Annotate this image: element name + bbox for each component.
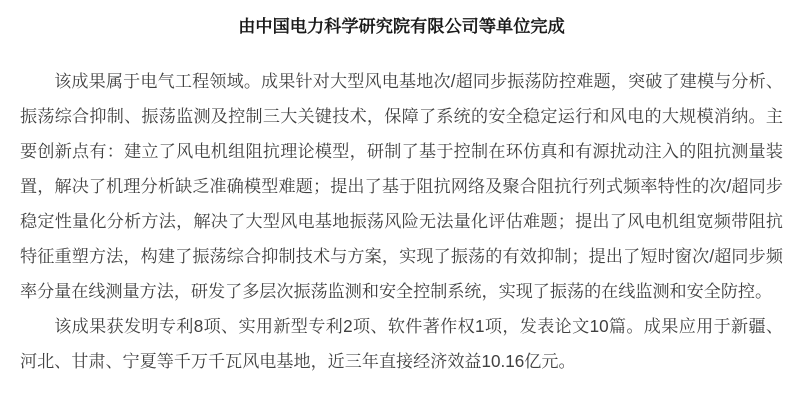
document-title: 由中国电力科学研究院有限公司等单位完成 [20,13,783,39]
text-line: 振荡综合抑制、振荡监测及控制三大关键技术，保障了系统的安全稳定运行和风电的大规模… [20,99,783,134]
text-line: 要创新点有：建立了风电机组阻抗理论模型，研制了基于控制在环仿真和有源扰动注入的阻… [20,134,783,169]
text-line: 特征重塑方法，构建了振荡综合抑制技术与方案，实现了振荡的有效抑制；提出了短时窗次… [20,239,783,274]
text-line: 该成果属于电气工程领域。成果针对大型风电基地次/超同步振荡防控难题，突破了建模与… [20,64,783,99]
text-line: 率分量在线测量方法，研发了多层次振荡监测和安全控制系统，实现了振荡的在线监测和安… [20,274,783,309]
text-line: 河北、甘肃、宁夏等千万千瓦风电基地，近三年直接经济效益10.16亿元。 [20,344,783,379]
text-line: 置，解决了机理分析缺乏准确模型难题；提出了基于阻抗网络及聚合阻抗行列式频率特性的… [20,169,783,204]
text-line: 该成果获发明专利8项、实用新型专利2项、软件著作权1项，发表论文10篇。成果应用… [20,309,783,344]
document-body: 该成果属于电气工程领域。成果针对大型风电基地次/超同步振荡防控难题，突破了建模与… [20,64,783,379]
paragraph-patents-and-application: 该成果获发明专利8项、实用新型专利2项、软件著作权1项，发表论文10篇。成果应用… [20,309,783,379]
text-line: 稳定性量化分析方法，解决了大型风电基地振荡风险无法量化评估难题；提出了风电机组宽… [20,204,783,239]
paragraph-achievement-overview: 该成果属于电气工程领域。成果针对大型风电基地次/超同步振荡防控难题，突破了建模与… [20,64,783,309]
document-page: 由中国电力科学研究院有限公司等单位完成 该成果属于电气工程领域。成果针对大型风电… [0,0,800,401]
